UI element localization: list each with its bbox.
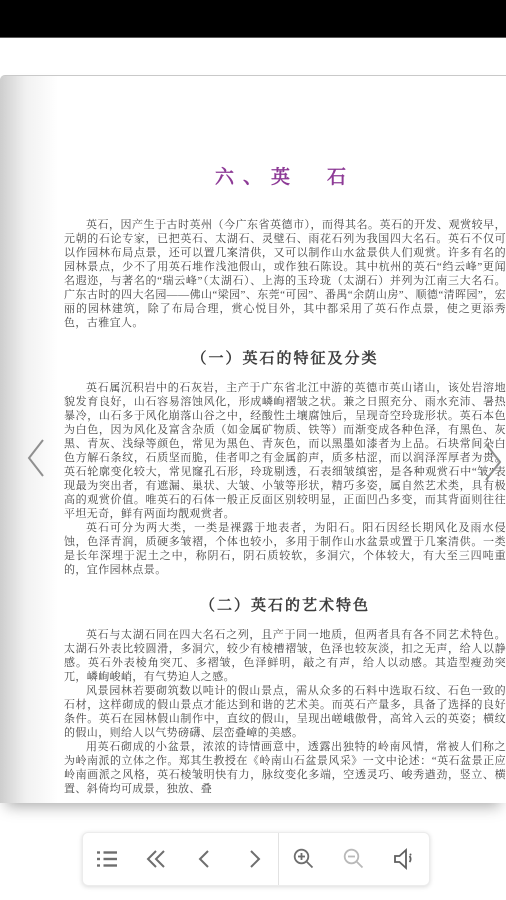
zoom-in-button[interactable] — [289, 844, 319, 874]
section-1-heading: （一）英石的特征及分类 — [64, 347, 506, 368]
first-page-button[interactable] — [141, 844, 171, 874]
toc-list-icon — [94, 846, 120, 872]
section-2-paragraph-1: 英石与太湖石同在四大名石之列，且产于同一地质，但两者具有各不同艺术特色。太湖石外… — [64, 628, 506, 684]
reader-toolbar — [82, 832, 430, 886]
page-content: 六、英 石 英石，因产生于古时英州（今广东省英德市），而得其名。英石的开发、观赏… — [64, 76, 506, 796]
toolbar-nav-group — [83, 833, 278, 885]
section-2-heading: （二）英石的艺术特色 — [64, 594, 506, 615]
toolbar-zoom-group — [279, 833, 429, 885]
ebook-reader-screen: 六、英 石 英石，因产生于古时英州（今广东省英德市），而得其名。英石的开发、观赏… — [0, 0, 506, 900]
double-chevron-left-icon — [143, 846, 169, 872]
table-of-contents-button[interactable] — [92, 844, 122, 874]
read-aloud-button[interactable] — [389, 844, 419, 874]
chevron-left-icon — [24, 437, 48, 479]
zoom-out-icon — [341, 846, 367, 872]
chevron-left-icon — [192, 846, 218, 872]
book-page: 六、英 石 英石，因产生于古时英州（今广东省英德市），而得其名。英石的开发、观赏… — [0, 75, 506, 803]
zoom-out-button[interactable] — [339, 844, 369, 874]
next-page-button[interactable] — [239, 844, 269, 874]
status-bar — [0, 0, 506, 38]
prev-page-arrow[interactable] — [24, 437, 48, 479]
previous-page-button[interactable] — [190, 844, 220, 874]
speaker-icon — [391, 846, 417, 872]
next-page-arrow[interactable] — [481, 441, 505, 483]
section-1-paragraph-1: 英石属沉积岩中的石灰岩，主产于广东省北江中游的英德市英山诸山，该处岩溶地貌发育良… — [64, 381, 506, 521]
zoom-in-icon — [291, 846, 317, 872]
section-2-paragraph-3: 用英石砌成的小盆景，浓浓的诗情画意中，透露出独特的岭南风情，常被人们称之为岭南派… — [64, 740, 506, 796]
intro-paragraph: 英石，因产生于古时英州（今广东省英德市），而得其名。英石的开发、观赏较早，元朝的… — [64, 218, 506, 330]
chapter-title: 六、英 石 — [64, 162, 506, 189]
chevron-right-icon — [241, 846, 267, 872]
section-1-paragraph-2: 英石可分为两大类，一类是裸露于地表者，为阳石。阳石因经长期风化及雨水侵蚀，色泽青… — [64, 521, 506, 577]
section-2-paragraph-2: 风景园林若要砌筑数以吨计的假山景点，需从众多的石料中选取石纹、石色一致的石材，这… — [64, 684, 506, 740]
chevron-right-icon — [481, 441, 505, 483]
